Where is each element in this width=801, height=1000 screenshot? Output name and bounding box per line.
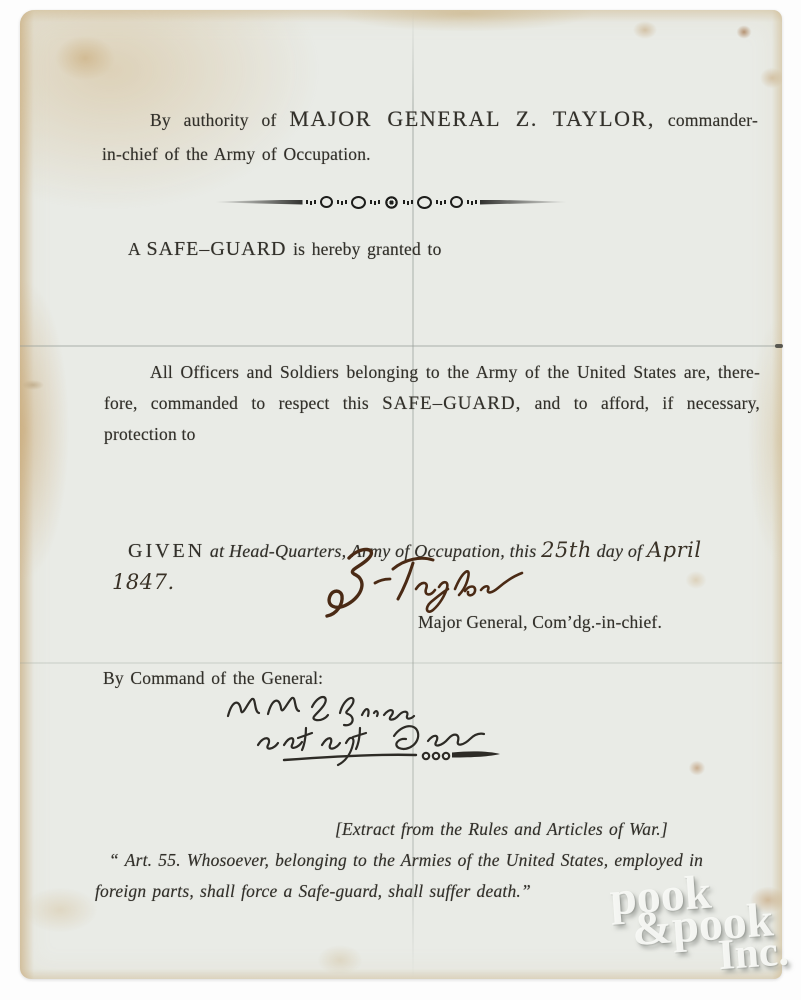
- protection-paragraph: All Officers and Soldiers belonging to t…: [104, 357, 760, 450]
- protection-paragraph-line3: protection to: [104, 419, 760, 450]
- given-word: GIVEN: [128, 540, 205, 562]
- protection-line2-pre: fore, commanded to respect this: [104, 393, 369, 413]
- authority-heading-line2: in-chief of the Army of Occupation.: [102, 137, 758, 171]
- protection-line2-post: and to afford, if necessary,: [535, 393, 760, 413]
- ornament-ring: [351, 196, 366, 209]
- safeguard-grant-line: A SAFE–GUARD is hereby granted to: [128, 238, 442, 261]
- horizontal-fold-line-upper: [20, 345, 782, 347]
- grant-article: A: [128, 239, 140, 259]
- taylor-signature: [315, 542, 530, 622]
- taylor-title-line: Major General, Com’dg.-in-chief.: [418, 612, 662, 633]
- handwritten-month: April: [647, 538, 702, 562]
- ornament-ticks: [306, 200, 308, 204]
- handwritten-year: 1847.: [112, 570, 175, 594]
- ornament-ticks: [403, 200, 405, 204]
- bliss-signature: [188, 686, 518, 770]
- ornament-rule-right: [480, 200, 568, 205]
- auction-house-watermark: pook &pook Inc.: [595, 872, 790, 981]
- authority-prefix: By authority of: [150, 110, 277, 130]
- protection-paragraph-line2: fore, commanded to respect this SAFE–GUA…: [104, 388, 760, 419]
- protection-paragraph-line1: All Officers and Soldiers belonging to t…: [104, 357, 760, 388]
- authority-heading-line1: By authority of MAJOR GENERAL Z. TAYLOR,…: [102, 102, 758, 137]
- document-paper: By authority of MAJOR GENERAL Z. TAYLOR,…: [20, 10, 782, 979]
- scanned-document-photo: By authority of MAJOR GENERAL Z. TAYLOR,…: [0, 0, 801, 1000]
- authority-heading: By authority of MAJOR GENERAL Z. TAYLOR,…: [102, 102, 758, 171]
- ornament-ring: [320, 196, 333, 208]
- signature-flourish-ornament: [284, 751, 500, 760]
- safeguard-word-2: SAFE–GUARD,: [382, 393, 521, 414]
- handwritten-day: 25th: [541, 538, 592, 562]
- grant-rest: is hereby granted to: [293, 239, 442, 259]
- ornament-ticks: [370, 200, 372, 204]
- extract-heading: [Extract from the Rules and Articles of …: [335, 814, 757, 845]
- ornament-ring: [417, 196, 432, 209]
- ornament-ticks: [467, 200, 469, 204]
- horizontal-fold-line-lower: [20, 662, 782, 664]
- ornament-ticks: [436, 200, 438, 204]
- day-of-text: day of: [597, 541, 643, 561]
- printer-ornament-divider: [215, 194, 567, 210]
- watermark-line3: Inc.: [717, 935, 790, 972]
- commander-name: MAJOR GENERAL Z. TAYLOR,: [289, 106, 655, 131]
- bliss-signature-name: [228, 697, 414, 725]
- ornament-ring: [450, 196, 463, 208]
- ornament-rule-left: [215, 200, 303, 205]
- ornament-ticks: [337, 200, 339, 204]
- authority-suffix: commander-: [668, 110, 758, 130]
- safeguard-word: SAFE–GUARD: [146, 238, 286, 260]
- ornament-rosette: [384, 196, 399, 209]
- left-edge-tear: [22, 380, 44, 390]
